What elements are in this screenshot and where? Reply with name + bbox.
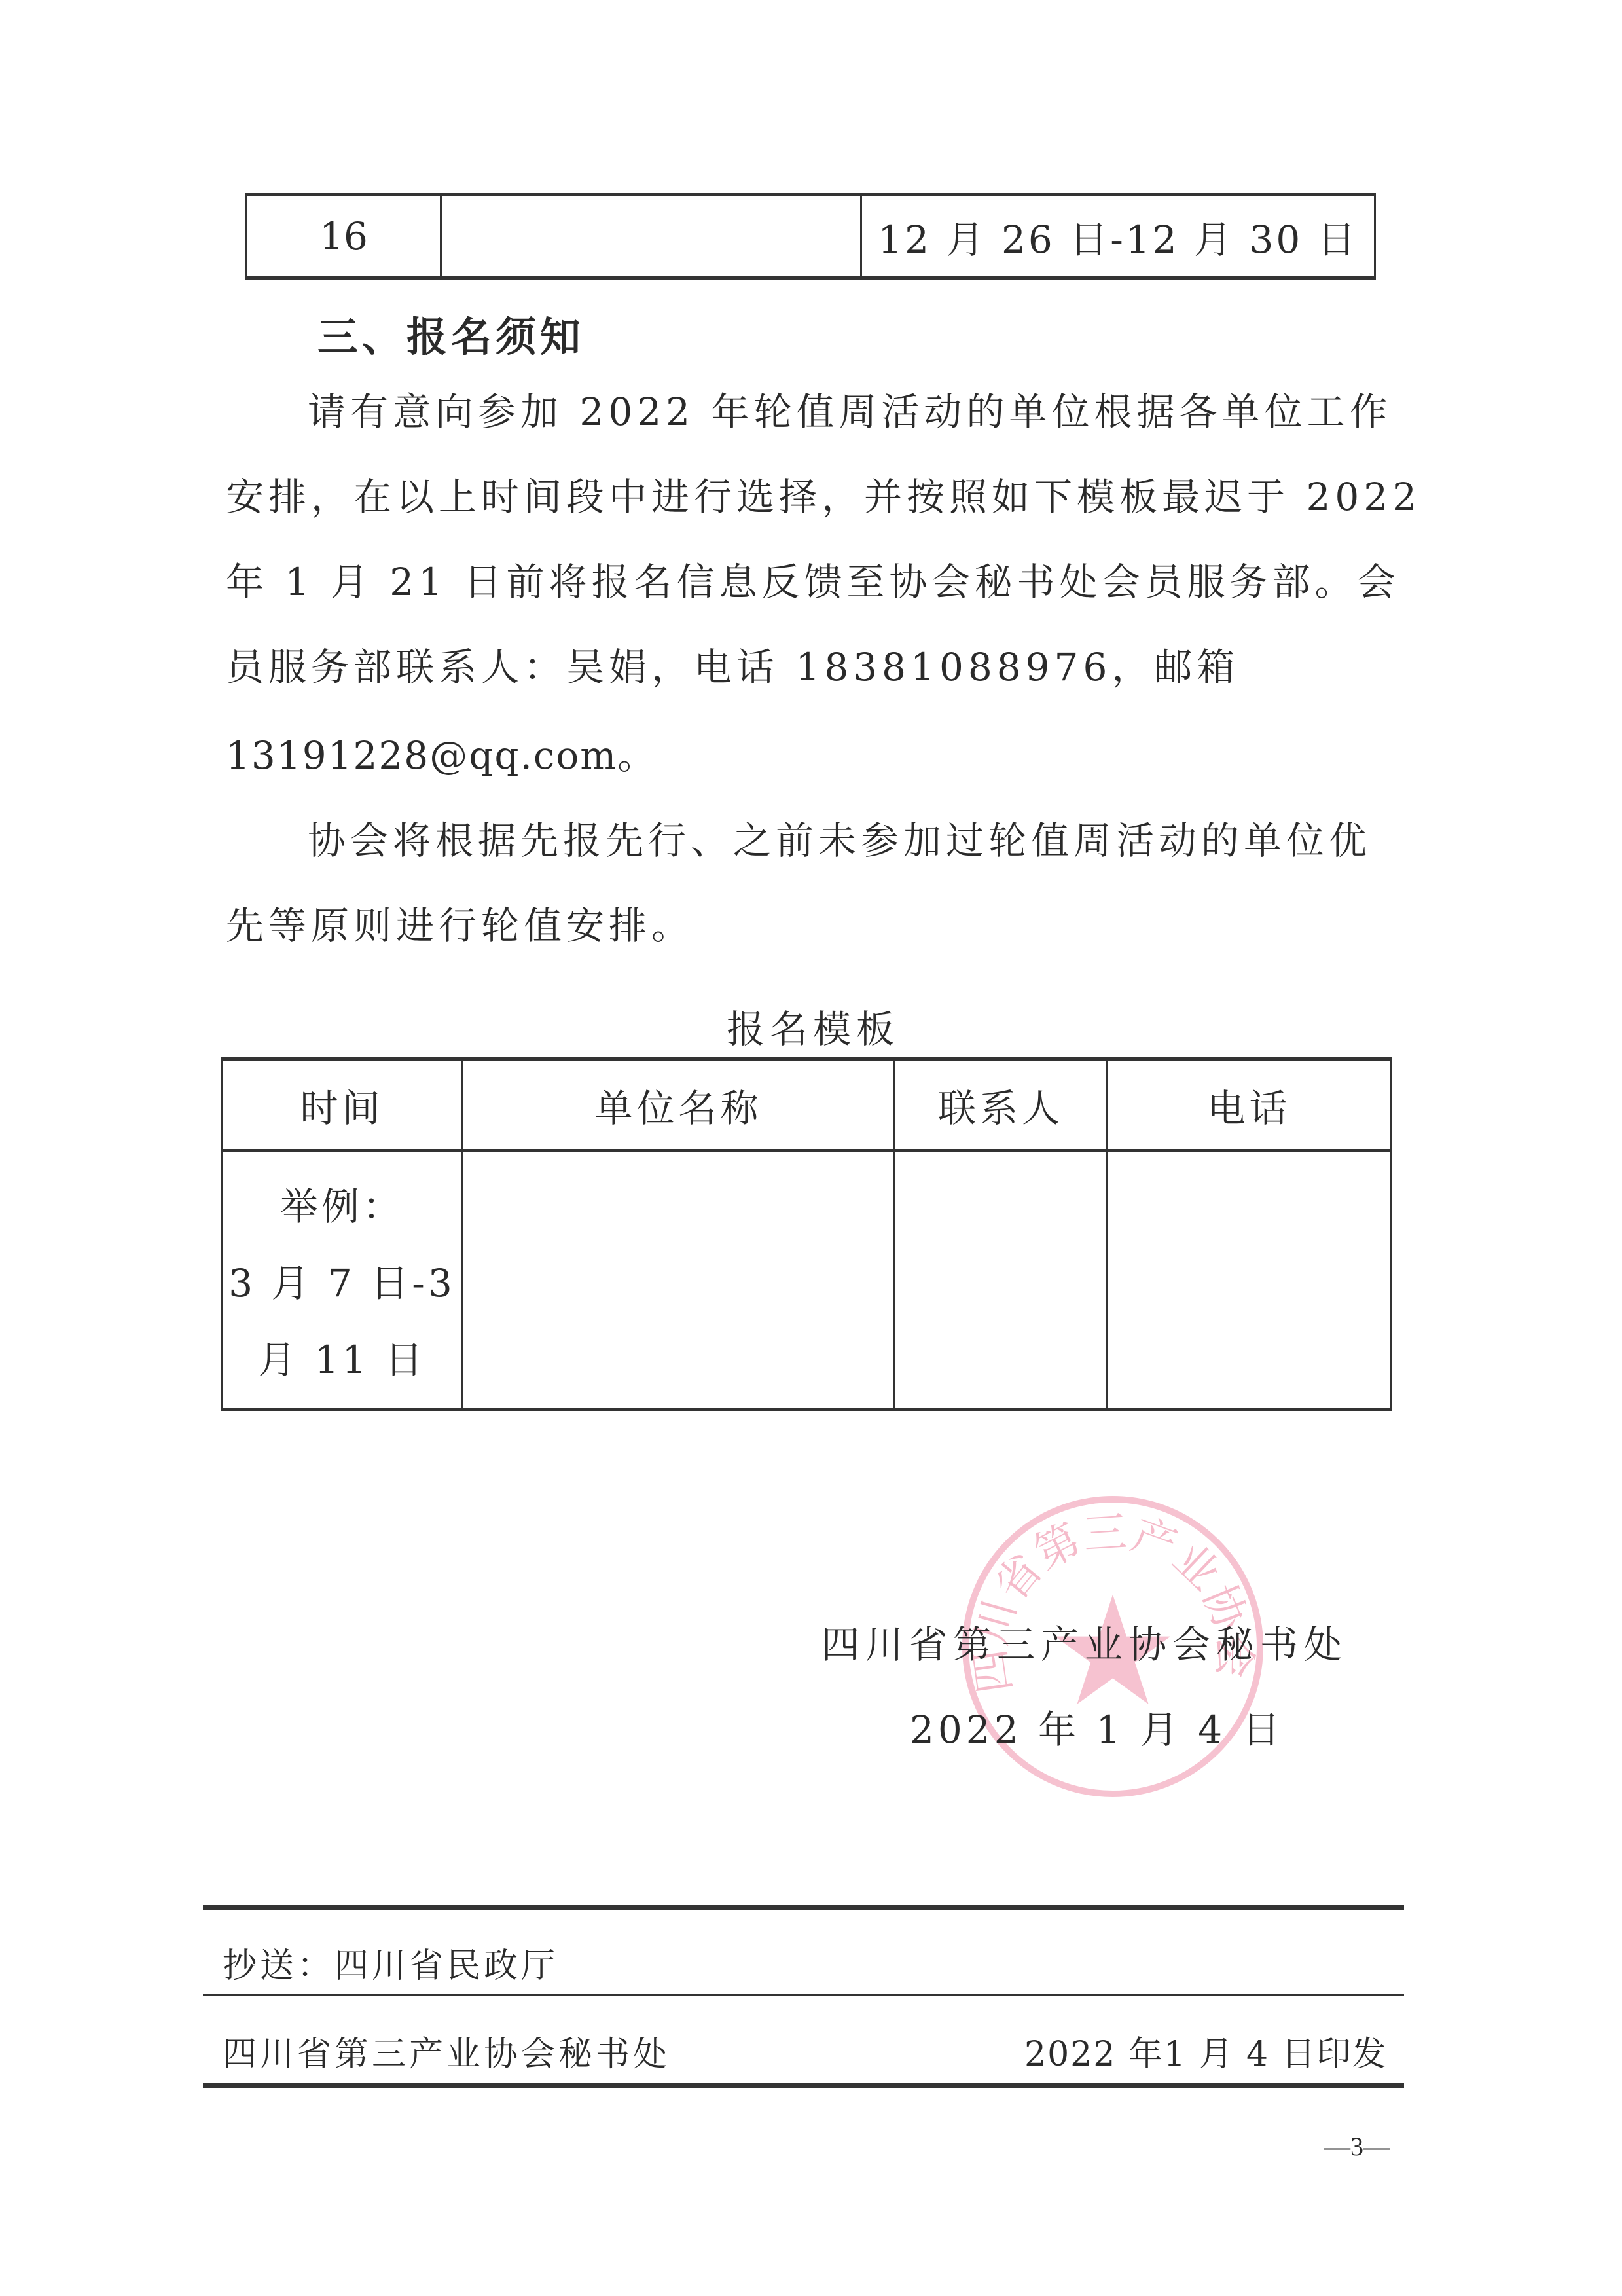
template-title: 报名模板 xyxy=(727,998,899,1053)
page-number: —3— xyxy=(1324,2131,1390,2162)
paragraph-1-line-3: 年 1 月 21 日前将报名信息反馈至协会秘书处会员服务部。会 xyxy=(226,563,1397,601)
row-period: 12 月 26 日-12 月 30 日 xyxy=(862,196,1374,276)
cc-recipients: 抄送：四川省民政厅 xyxy=(223,1938,558,1987)
header-contact: 联系人 xyxy=(895,1061,1106,1149)
example-time-line-2: 3 月 7 日-3 xyxy=(228,1252,456,1307)
signature-date: 2022 年 1 月 4 日 xyxy=(910,1699,1284,1754)
example-time-cell: 举例： 3 月 7 日-3 月 11 日 xyxy=(223,1152,461,1408)
issuer: 四川省第三产业协会秘书处 xyxy=(223,2026,670,2075)
row-unit-cell xyxy=(442,196,862,276)
row-index: 16 xyxy=(247,196,442,276)
footer-rule-top xyxy=(203,1905,1404,1910)
header-unit-name: 单位名称 xyxy=(463,1061,893,1149)
footer-rule-middle xyxy=(203,1994,1404,1996)
footer-rule-bottom xyxy=(203,2083,1404,2088)
example-label: 举例： xyxy=(280,1176,404,1231)
registration-template-table: 时间 单位名称 联系人 电话 举例： 3 月 7 日-3 月 11 日 xyxy=(221,1057,1392,1411)
paragraph-1-line-1: 请有意向参加 2022 年轮值周活动的单位根据各单位工作 xyxy=(308,393,1479,431)
example-unit-cell xyxy=(463,1152,893,1408)
section-heading: 三、报名须知 xyxy=(317,304,585,363)
paragraph-1-line-2: 安排，在以上时间段中进行选择，并按照如下模板最迟于 2022 xyxy=(226,478,1397,516)
paragraph-2-line-1: 协会将根据先报先行、之前未参加过轮值周活动的单位优 xyxy=(308,822,1479,860)
example-phone-cell xyxy=(1108,1152,1390,1408)
schedule-table-last-row: 16 12 月 26 日-12 月 30 日 xyxy=(245,193,1376,280)
paragraph-2-line-2: 先等原则进行轮值安排。 xyxy=(226,907,1397,945)
header-phone: 电话 xyxy=(1108,1061,1390,1149)
issue-date: 2022 年1 月 4 日印发 xyxy=(1024,2026,1388,2075)
contact-email: 13191228@qq.com。 xyxy=(226,737,1397,774)
paragraph-1-line-4: 员服务部联系人：吴娟，电话 18381088976，邮箱 xyxy=(226,648,1397,686)
signature-org: 四川省第三产业协会秘书处 xyxy=(821,1614,1348,1669)
example-time-line-3: 月 11 日 xyxy=(258,1329,426,1384)
header-time: 时间 xyxy=(223,1061,461,1149)
example-contact-cell xyxy=(895,1152,1106,1408)
